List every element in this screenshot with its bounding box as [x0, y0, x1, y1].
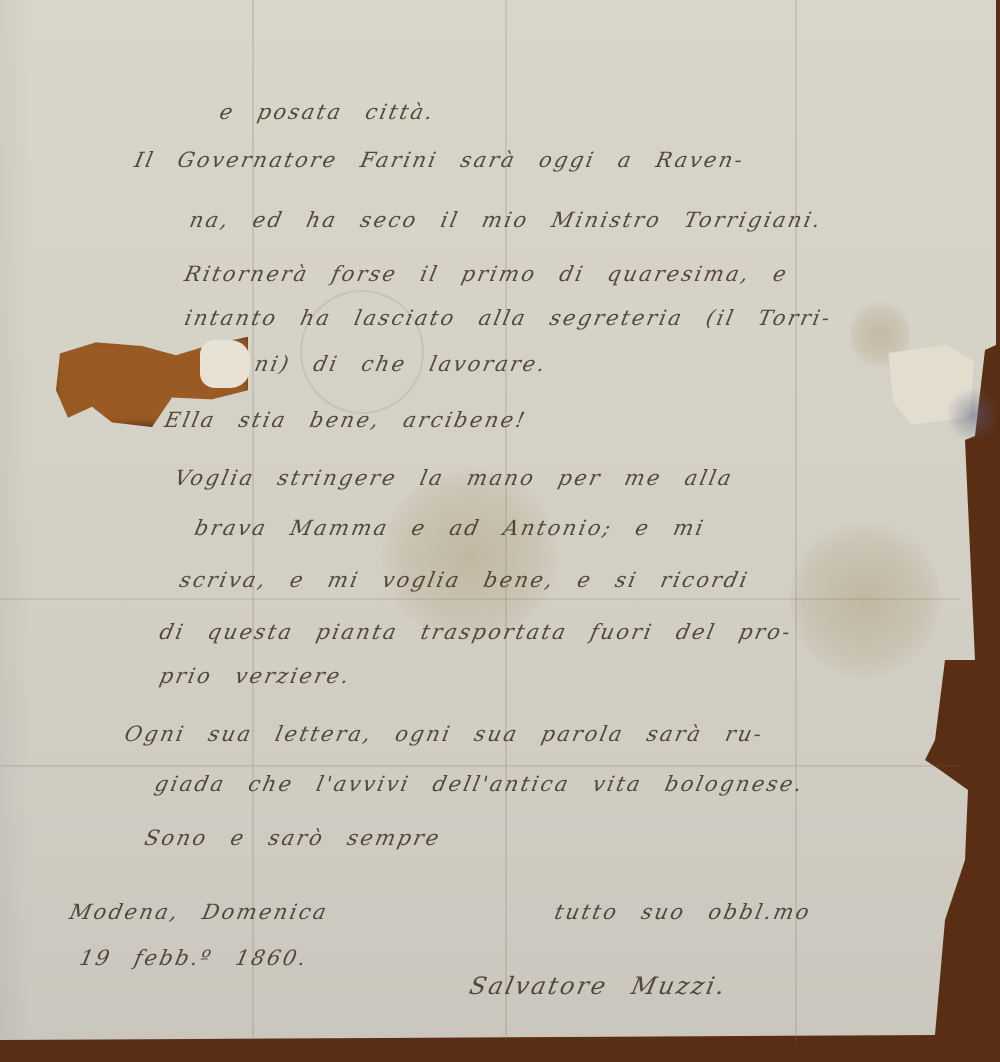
letter-line: brava Mamma e ad Antonio; e mi [192, 516, 707, 540]
letter-line: ni) di che lavorare. [252, 352, 549, 376]
letter-line: na, ed ha seco il mio Ministro Torrigian… [187, 208, 824, 232]
letter-line: Ella stia bene, arcibene! [162, 408, 529, 432]
signature: Salvatore Muzzi. [467, 972, 730, 1000]
letter-line: Ritornerà forse il primo di quaresima, e [182, 262, 790, 286]
letter-line: di questa pianta trasportata fuori del p… [157, 620, 794, 644]
letter-line: intanto ha lasciato alla segreteria (il … [182, 306, 834, 330]
place-line: Modena, Domenica [67, 900, 330, 924]
letter-line: giada che l'avvivi dell'antica vita bolo… [152, 772, 806, 796]
letter-line: scriva, e mi voglia bene, e si ricordi [177, 568, 751, 592]
letter-line: Sono e sarò sempre [142, 826, 443, 850]
fold-crease [795, 0, 797, 1042]
letter-line: Ogni sua lettera, ogni sua parola sarà r… [122, 722, 766, 746]
date-line: 19 febb.º 1860. [77, 946, 310, 970]
letter-line: prio verziere. [157, 664, 353, 688]
fold-crease [0, 765, 960, 767]
ink-stain [948, 385, 998, 445]
letter-line: Voglia stringere la mano per me alla [172, 466, 735, 490]
letter-line: e posata città. [217, 100, 437, 124]
water-stain [790, 520, 940, 680]
letter-line: Il Governatore Farini sarà oggi a Raven- [132, 148, 747, 172]
water-stain [380, 470, 560, 640]
closing-line: tutto suo obbl.mo [552, 900, 813, 924]
paper-flap [200, 340, 250, 388]
